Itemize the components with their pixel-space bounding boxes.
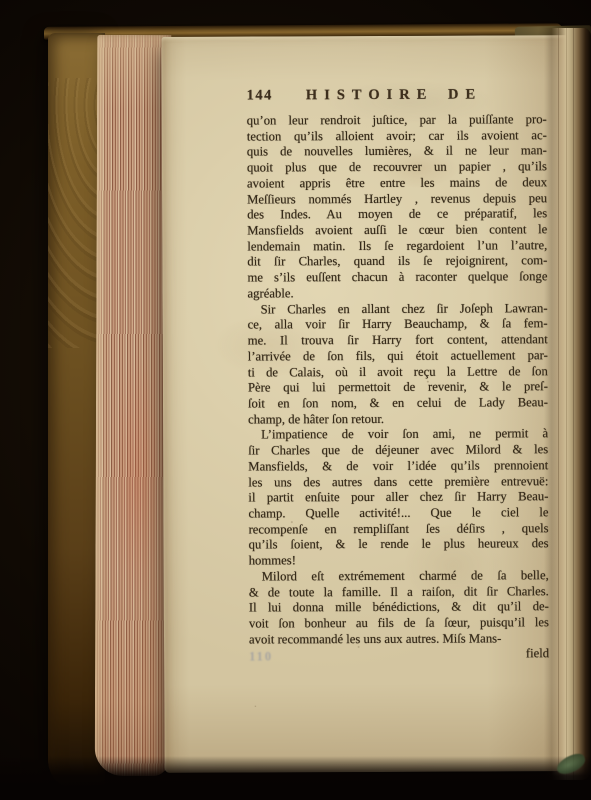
paragraph: L’impatience de voir ſon ami, ne permit … bbox=[248, 427, 549, 570]
running-title: HISTOIRE DE bbox=[306, 87, 482, 105]
text-line: Mansfields avoient auſſi le cœur bien co… bbox=[247, 222, 547, 239]
page-header: 144 HISTOIRE DE bbox=[247, 86, 547, 107]
text-line: il partit enſuite pour aller chez ſir Ha… bbox=[248, 489, 548, 506]
text-line: Père qui lui permettoit de revenir, & le… bbox=[248, 379, 548, 396]
text-line: me. Il trouva ſir Harry fort content, at… bbox=[248, 332, 548, 349]
catchword-row: 110 field bbox=[249, 647, 549, 663]
text-line: & de toute la famille. Il a raiſon, dit … bbox=[249, 584, 549, 601]
text-line: dit ſir Charles, quand ils ſe rejoignire… bbox=[247, 254, 547, 271]
text-line: avoient appris être entre les mains de d… bbox=[247, 175, 547, 192]
text-line: Milord eſt extrémement charmé de ſa bell… bbox=[249, 568, 549, 585]
paragraph: Milord eſt extrémement charmé de ſa bell… bbox=[249, 568, 549, 648]
text-line: ce, alla voir ſir Harry Beauchamp, & ſa … bbox=[248, 317, 548, 334]
paragraph: Sir Charles en allant chez ſir Joſeph La… bbox=[248, 301, 549, 428]
page-content: 144 HISTOIRE DE qu’on leur rendroit juſt… bbox=[247, 86, 550, 663]
page-number: 144 bbox=[247, 87, 273, 104]
text-line: agréable. bbox=[247, 285, 547, 302]
text-line: l’arrivée de ſon fils, qui étoit actuell… bbox=[248, 348, 548, 365]
text-line: voit ſon bonheur au fils de ſa ſœur, pui… bbox=[249, 615, 549, 632]
text-line: des Indes. Au moyen de ce préparatif, le… bbox=[247, 207, 547, 224]
text-line: hommes! bbox=[249, 552, 549, 569]
text-line: lendemain matin. Ils ſe regardoient l’un… bbox=[247, 238, 547, 255]
text-line: tection qu’ils alloient avoir; car ils a… bbox=[247, 128, 547, 145]
text-line: les uns des autres dans cette première e… bbox=[248, 474, 548, 491]
text-line: Il lui donna mille bénédictions, & dit q… bbox=[249, 600, 549, 617]
photo-scene: 144 HISTOIRE DE qu’on leur rendroit juſt… bbox=[0, 0, 591, 800]
paragraph: qu’on leur rendroit juſtice, par la puiſ… bbox=[247, 112, 548, 302]
text-line: quis de nouvelles lumières, & il ne leur… bbox=[247, 144, 547, 161]
text-block: qu’on leur rendroit juſtice, par la puiſ… bbox=[247, 112, 549, 648]
text-line: Mansfields, & de voir l’idée qu’ils pren… bbox=[248, 458, 548, 475]
text-line: champ, de hâter ſon retour. bbox=[248, 411, 548, 428]
text-line: qu’on leur rendroit juſtice, par la puiſ… bbox=[247, 112, 547, 129]
text-line: qu’ils ſoient, & le rende le plus heureu… bbox=[249, 537, 549, 554]
text-line: me s’ils euſſent chacun à raconter quelq… bbox=[247, 269, 547, 286]
text-line: ſoit en ſon nom, & en celui de Lady Beau… bbox=[248, 395, 548, 412]
bottom-shadow bbox=[0, 756, 591, 800]
text-line: ti de Calais, où il avoit reçu la Lettre… bbox=[248, 364, 548, 381]
text-line: avoit recommandé les uns aux autres. Miſ… bbox=[249, 631, 549, 648]
text-line: champ. Quelle activité!... Que le ciel l… bbox=[248, 505, 548, 522]
text-line: L’impatience de voir ſon ami, ne permit … bbox=[248, 427, 548, 444]
text-line: recompenſe en rempliſſant ſes déſirs , q… bbox=[249, 521, 549, 538]
text-line: Meſſieurs nommés Hartley , revenus depui… bbox=[247, 191, 547, 208]
book-fore-edge-pages bbox=[95, 35, 172, 776]
bleedthrough-mark: 110 bbox=[249, 650, 273, 665]
text-line: quoit plus que de recouvrer un papier , … bbox=[247, 159, 547, 176]
book-page: 144 HISTOIRE DE qu’on leur rendroit juſt… bbox=[161, 35, 578, 773]
text-line: Sir Charles en allant chez ſir Joſeph La… bbox=[248, 301, 548, 318]
gutter-fold bbox=[544, 28, 591, 780]
text-line: ſir Charles que de déjeuner avec Milord … bbox=[248, 442, 548, 459]
